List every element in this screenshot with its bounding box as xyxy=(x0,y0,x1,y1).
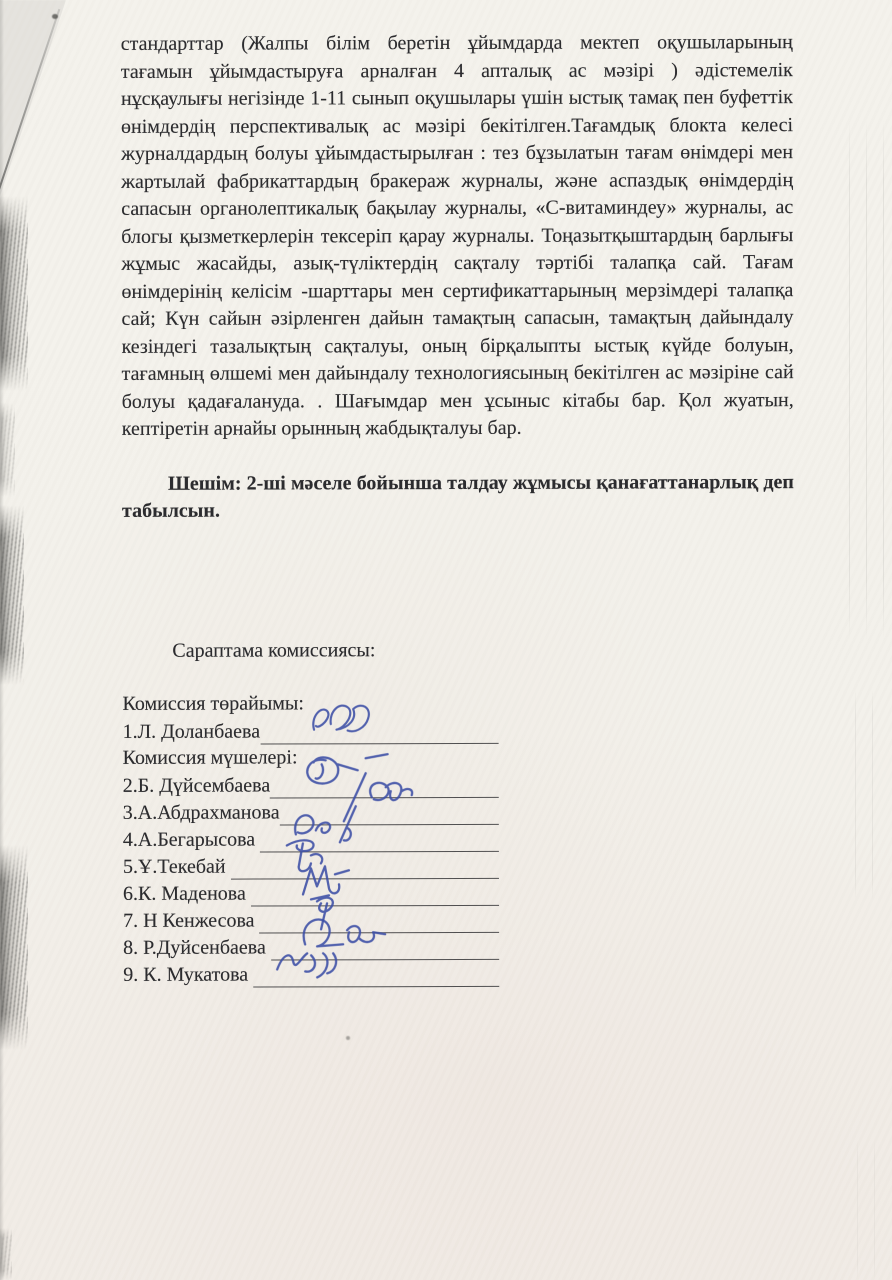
signer-row: 4.А.Бегарысова xyxy=(123,824,499,852)
signer-name: 5.Ұ.Текебай xyxy=(123,853,231,879)
scan-corner-shade xyxy=(0,0,66,196)
signature-line xyxy=(231,850,499,879)
document-content: стандарттар (Жалпы білім беретін ұйымдар… xyxy=(121,29,796,987)
signer-row: 3.А.Абдрахманова xyxy=(123,797,499,825)
body-paragraph: стандарттар (Жалпы білім беретін ұйымдар… xyxy=(121,29,794,443)
scan-smudge xyxy=(0,1228,12,1280)
scan-streaks xyxy=(846,690,886,900)
signer-row: 5.Ұ.Текебай xyxy=(123,851,499,879)
signer-name: 9. К. Мукатова xyxy=(123,961,253,987)
chair-label: Комиссия төрайымы: xyxy=(122,689,794,718)
signer-name: 7. Н Кенжесова xyxy=(123,907,260,933)
signature-line xyxy=(260,715,499,744)
signer-row: 8. Р.Дуйсенбаева xyxy=(123,932,499,960)
scan-smudge xyxy=(0,196,28,391)
scan-streaks xyxy=(840,120,886,640)
expert-commission-heading: Сараптама комиссиясы: xyxy=(172,636,794,665)
signature-block: Комиссия төрайымы: 1.Л. Доланбаева Комис… xyxy=(122,689,795,988)
signature-line xyxy=(253,958,499,987)
signer-name: 8. Р.Дуйсенбаева xyxy=(123,934,271,960)
signer-row: 2.Б. Дүйсембаева xyxy=(123,770,499,798)
members-label: Комиссия мүшелері: xyxy=(123,743,795,772)
signer-name: 1.Л. Доланбаева xyxy=(123,718,261,744)
signer-name: 6.К. Маденова xyxy=(123,880,251,906)
scan-smudge xyxy=(0,402,15,497)
scan-smudge xyxy=(0,845,28,1050)
scan-speck xyxy=(346,1036,350,1040)
signer-name: 2.Б. Дүйсембаева xyxy=(123,772,271,798)
signature-line xyxy=(280,796,499,825)
signature-line xyxy=(251,877,499,906)
decision-paragraph: Шешім: 2-ші мәселе бойынша талдау жұмысы… xyxy=(122,469,794,526)
signer-row: 7. Н Кенжесова xyxy=(123,905,499,933)
scan-speck xyxy=(52,14,58,19)
signature-line xyxy=(260,823,499,852)
signature-line xyxy=(271,931,499,960)
scan-smudge xyxy=(0,505,24,685)
signer-name: 3.А.Абдрахманова xyxy=(123,799,280,825)
scan-streaks xyxy=(848,1140,882,1280)
signature-line xyxy=(270,769,499,798)
signer-row: 9. К. Мукатова xyxy=(123,959,499,987)
scanned-document-page: стандарттар (Жалпы білім беретін ұйымдар… xyxy=(0,0,892,1280)
signer-row: 6.К. Маденова xyxy=(123,878,499,906)
signer-name: 4.А.Бегарысова xyxy=(123,826,260,852)
signer-row: 1.Л. Доланбаева xyxy=(123,716,499,744)
signature-line xyxy=(260,904,500,933)
